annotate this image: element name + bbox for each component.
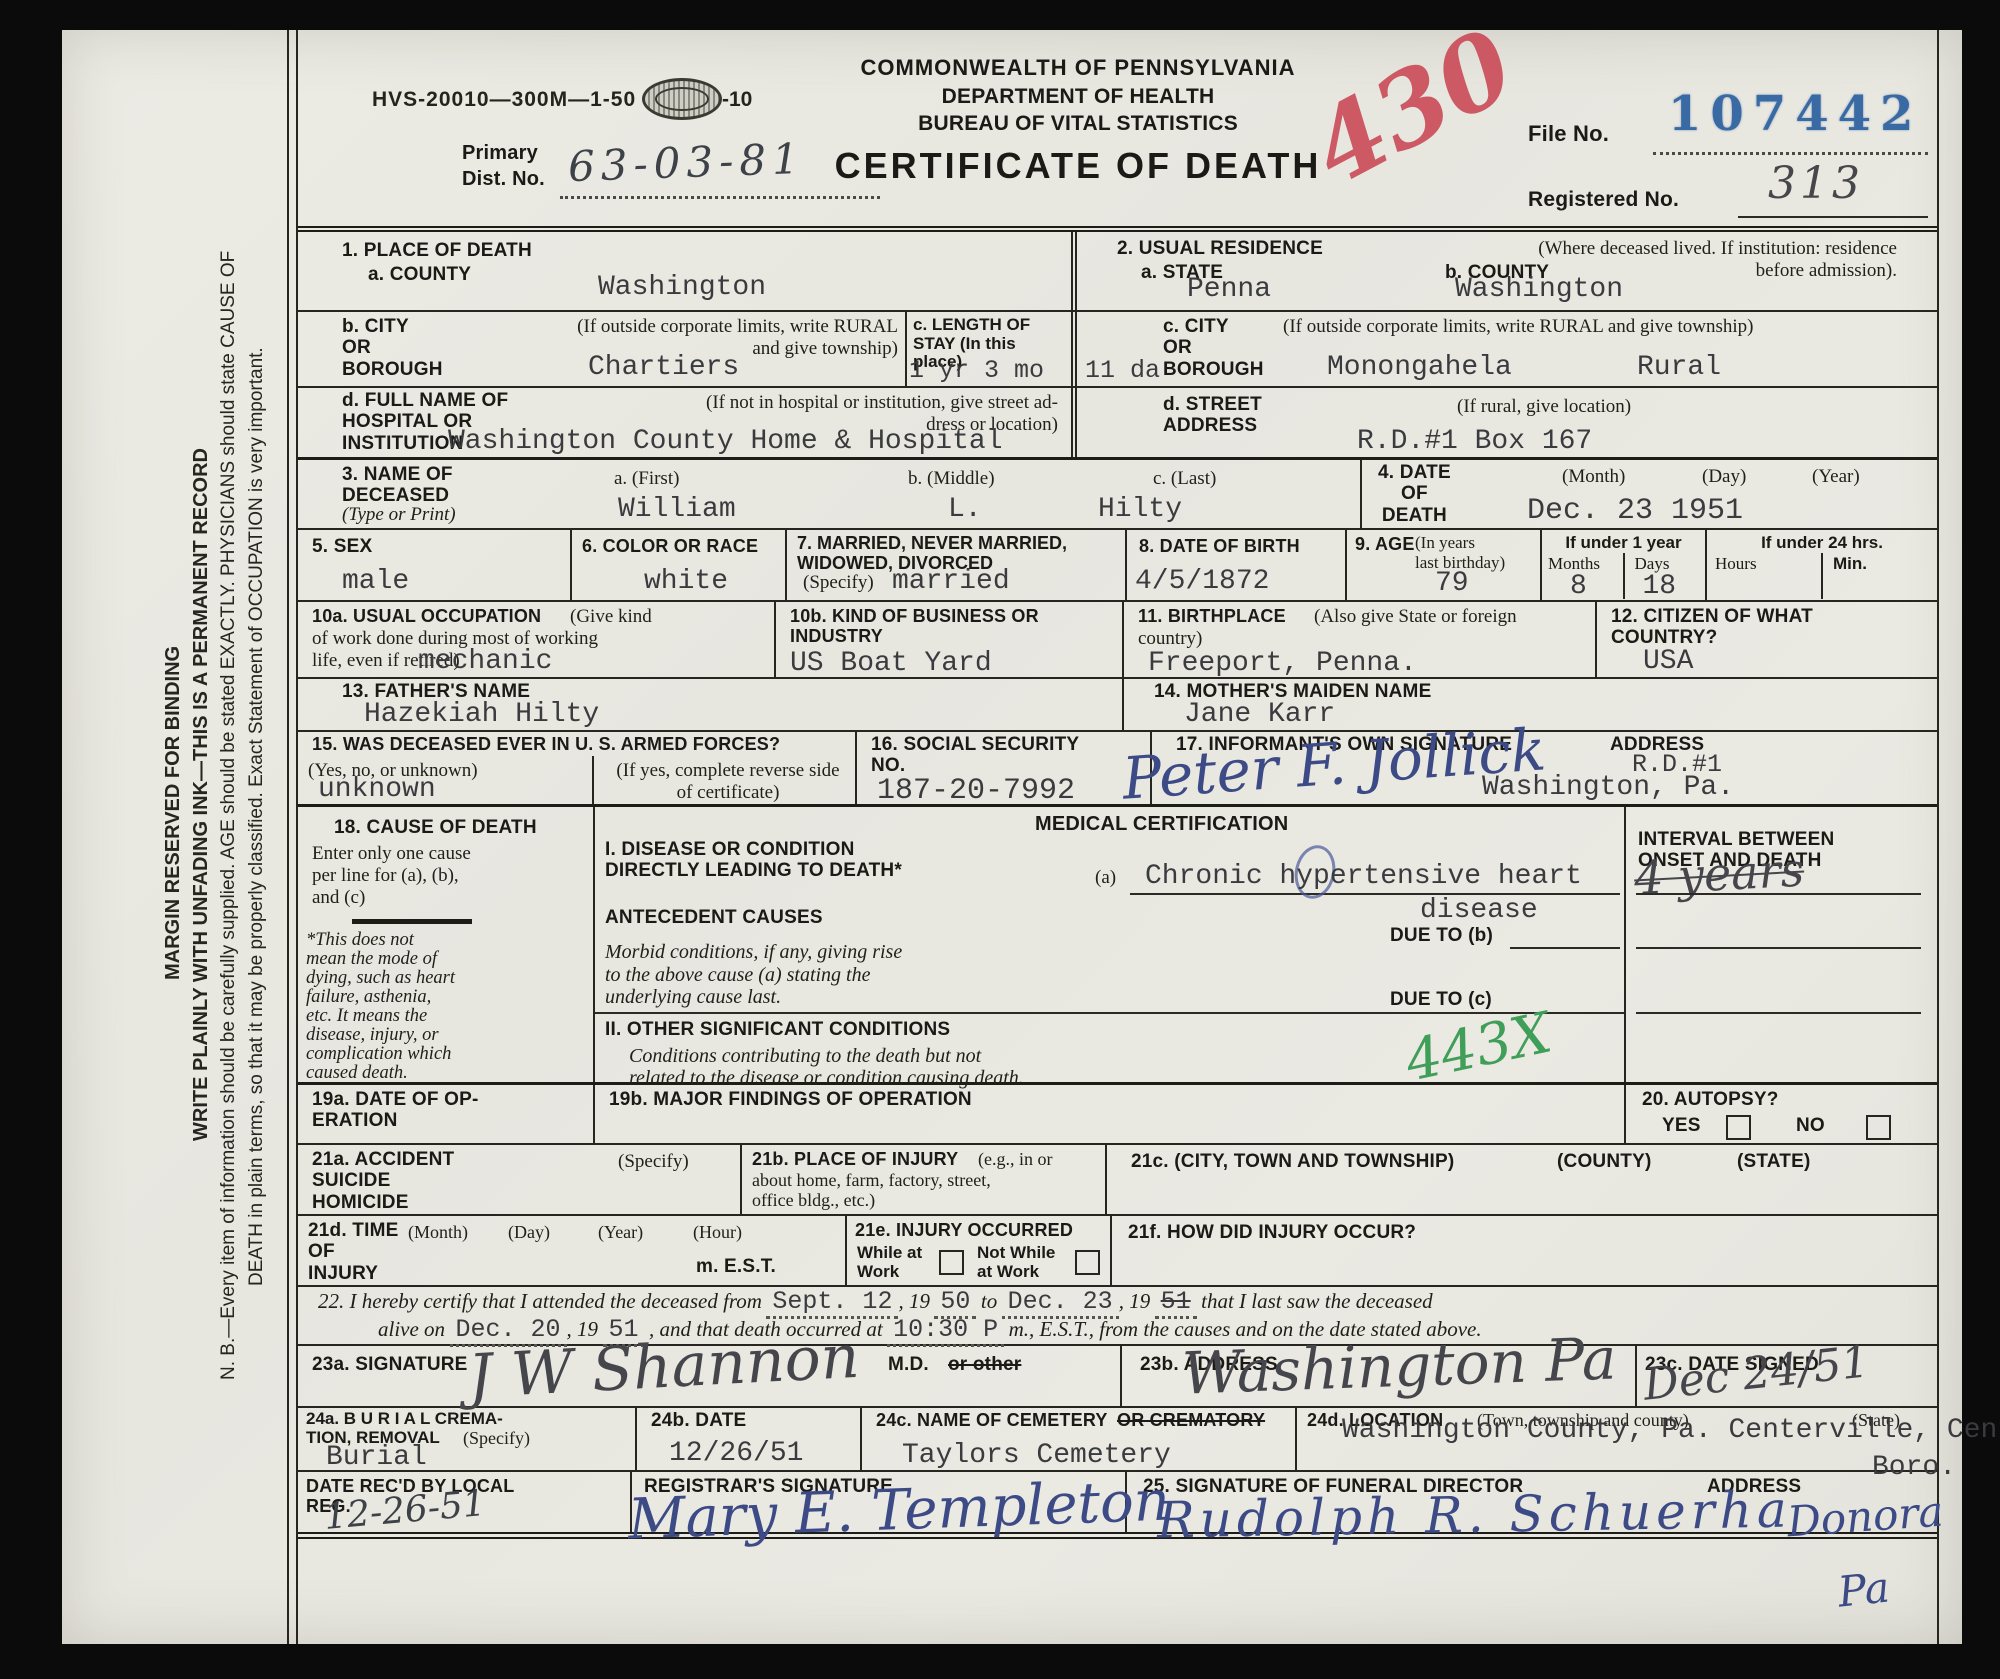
row-burial: 24a. B U R I A L CREMA- TION, REMOVAL (S… xyxy=(298,1408,1937,1472)
injury-c-label: 21c. (CITY, TOWN AND TOWNSHIP) xyxy=(1131,1151,1454,1172)
margin-note-nb1: N. B.—Every item of information should b… xyxy=(218,115,240,1515)
birth-date-label: 8. DATE OF BIRTH xyxy=(1139,536,1300,556)
under-24hrs-label: If under 24 hrs. xyxy=(1707,530,1937,553)
armed-forces-label: 15. WAS DECEASED EVER IN U. S. ARMED FOR… xyxy=(312,734,780,754)
row-sex-age: 5. SEX male 6. COLOR OR RACE white 7. MA… xyxy=(298,530,1937,602)
autopsy-no-checkbox xyxy=(1866,1115,1891,1140)
other-conditions-note: Conditions contributing to the death but… xyxy=(629,1045,1024,1090)
autopsy-yes-checkbox xyxy=(1726,1115,1751,1140)
autopsy-label: 20. AUTOPSY? xyxy=(1642,1089,1779,1110)
injury-e-work-checkbox xyxy=(939,1250,964,1275)
occupation-value: mechanic xyxy=(418,646,552,677)
burial-date-label: 24b. DATE xyxy=(651,1410,746,1431)
injury-c-county-label: (COUNTY) xyxy=(1557,1151,1651,1172)
injury-b-paren: (e.g., in or about home, farm, factory, … xyxy=(752,1149,1097,1211)
funeral-address-value-2: Pa xyxy=(1836,1562,1892,1616)
location-value-boro: Boro. xyxy=(1872,1452,1956,1483)
residence-city-rural: Rural xyxy=(1637,352,1721,383)
autopsy-yes-label: YES xyxy=(1662,1115,1701,1136)
place-city-label: b. CITY OR BOROUGH xyxy=(342,316,443,380)
due-to-b-label: DUE TO (b) xyxy=(1390,925,1493,946)
father-value: Hazekiah Hilty xyxy=(364,699,599,730)
death-date-day-label: (Day) xyxy=(1702,466,1746,488)
residence-city-paren: (If outside corporate limits, write RURA… xyxy=(1283,316,1754,338)
birthplace-paren: (Also give State or foreign country) xyxy=(1138,606,1578,650)
hours-label: Hours xyxy=(1715,555,1757,574)
residence-state-value: Penna xyxy=(1187,274,1271,305)
interval-line-2 xyxy=(1636,947,1921,949)
row-occupation: 10a. USUAL OCCUPATION (Give kind of work… xyxy=(298,602,1937,679)
residence-county-value: Washington xyxy=(1455,274,1623,305)
place-city-value: Chartiers xyxy=(588,352,739,383)
autopsy-no-label: NO xyxy=(1796,1115,1825,1136)
death-date-month-label: (Month) xyxy=(1562,466,1625,488)
interval-line-1 xyxy=(1636,893,1921,895)
injury-e-notwork-label: Not While at Work xyxy=(977,1244,1055,1281)
row-place-residence: 1. PLACE OF DEATH a. COUNTY Washington 2… xyxy=(298,232,1937,312)
injury-c-state-label: (STATE) xyxy=(1737,1151,1811,1172)
cause-a-value: Chronic hypertensive heart xyxy=(1145,861,1582,892)
name-middle-value: L. xyxy=(948,494,982,525)
location-value: Washington County, Pa. Centerville, Cent… xyxy=(1342,1416,2000,1447)
margin-note-binding: MARGIN RESERVED FOR BINDING xyxy=(162,570,185,1055)
due-to-c-label: DUE TO (c) xyxy=(1390,989,1492,1010)
citizen-value: USA xyxy=(1643,646,1693,677)
injury-f-label: 21f. HOW DID INJURY OCCUR? xyxy=(1128,1222,1416,1243)
file-no-stamp: 107442 xyxy=(1668,86,1922,142)
signature-label: 23a. SIGNATURE xyxy=(312,1354,468,1375)
row-injury-abc: 21a. ACCIDENT SUICIDE HOMICIDE (Specify)… xyxy=(298,1145,1937,1216)
race-label: 6. COLOR OR RACE xyxy=(582,536,758,556)
age-paren: (In years last birthday) xyxy=(1415,533,1505,572)
row-hospital-street: d. FULL NAME OF HOSPITAL OR INSTITUTION … xyxy=(298,388,1937,460)
birthplace-value: Freeport, Penna. xyxy=(1148,648,1417,679)
due-to-b-line xyxy=(1510,947,1620,949)
street-address-paren: (If rural, give location) xyxy=(1457,396,1631,418)
place-of-death-title: 1. PLACE OF DEATH xyxy=(342,240,532,261)
form-code: HVS-20010—300M—1-50 xyxy=(372,88,636,112)
injury-d-mest: m. E.S.T. xyxy=(696,1256,776,1277)
funeral-address-value: Donora xyxy=(1785,1487,1944,1547)
injury-a-specify: (Specify) xyxy=(618,1151,689,1173)
hospital-value: Washington County Home & Hospital xyxy=(448,426,1003,457)
injury-e-label: 21e. INJURY OCCURRED xyxy=(855,1220,1073,1240)
interval-value: 4 years xyxy=(1633,843,1806,906)
injury-a-label: 21a. ACCIDENT SUICIDE HOMICIDE xyxy=(312,1149,454,1213)
mother-value: Jane Karr xyxy=(1184,699,1335,730)
residence-city-value: Monongahela xyxy=(1327,352,1512,383)
cause-a-value2: disease xyxy=(1420,895,1538,926)
row-name-deathdate: 3. NAME OF DECEASED (Type or Print) a. (… xyxy=(298,460,1937,530)
burial-value: Burial xyxy=(326,1442,427,1473)
street-address-label: d. STREET ADDRESS xyxy=(1163,394,1262,437)
cause-note1: Enter only one cause per line for (a), (… xyxy=(312,843,471,909)
significant-divider-line xyxy=(595,1012,1624,1014)
date-signed-value: Dec 24/51 xyxy=(1641,1336,1872,1410)
row-certification: 22. I hereby certify that I attended the… xyxy=(298,1287,1937,1346)
cause-i-label: I. DISEASE OR CONDITION DIRECTLY LEADING… xyxy=(605,839,902,882)
md-label: M.D. xyxy=(888,1354,929,1375)
certify-t3: to xyxy=(981,1289,997,1313)
funeral-director-signature: Rudolph R. Schuerha xyxy=(1157,1480,1793,1549)
certify-t4: , 19 xyxy=(1119,1289,1151,1313)
street-address-value: R.D.#1 Box 167 xyxy=(1357,426,1592,457)
form-tail: Pa xyxy=(298,1539,1937,1644)
name-middle-label: b. (Middle) xyxy=(908,468,995,490)
death-date-title: 4. DATE OF DEATH xyxy=(1378,462,1451,526)
certify-t1: 22. I hereby certify that I attended the… xyxy=(318,1289,762,1313)
days-value: 18 xyxy=(1643,571,1677,602)
death-date-value: Dec. 23 1951 xyxy=(1527,494,1743,528)
forces-paren2: (If yes, complete reverse side of certif… xyxy=(604,760,852,804)
row-parents: 13. FATHER'S NAME Hazekiah Hilty 14. MOT… xyxy=(298,679,1937,732)
row-operation-autopsy: 19a. DATE OF OP- ERATION 19b. MAJOR FIND… xyxy=(298,1085,1937,1145)
certify-t5: that I last saw the deceased xyxy=(1201,1289,1433,1313)
place-county-value: Washington xyxy=(598,272,766,303)
name-last-label: c. (Last) xyxy=(1153,468,1216,490)
name-first-label: a. (First) xyxy=(614,468,679,490)
ssn-label: 16. SOCIAL SECURITY NO. xyxy=(871,734,1079,777)
citizen-label: 12. CITIZEN OF WHAT COUNTRY? xyxy=(1611,606,1813,649)
primary-label: Primary xyxy=(462,142,538,164)
org-commonwealth: COMMONWEALTH OF PENNSYLVANIA xyxy=(718,56,1438,81)
death-certificate-form: HVS-20010—300M—1-50 -10 Primary Dist. No… xyxy=(296,30,1939,1644)
sex-label: 5. SEX xyxy=(312,536,372,557)
injury-d-month: (Month) xyxy=(408,1222,468,1243)
file-no-label: File No. xyxy=(1528,122,1609,147)
dist-no-label: Dist. No. xyxy=(462,168,545,190)
industry-label: 10b. KIND OF BUSINESS OR INDUSTRY xyxy=(790,606,1039,646)
injury-d-hour: (Hour) xyxy=(693,1222,742,1243)
row-physician: 23a. SIGNATURE M.D. or other J W Shannon… xyxy=(298,1346,1937,1408)
injury-e-work-label: While at Work xyxy=(857,1244,922,1281)
margin-note-ink: WRITE PLAINLY WITH UNFADING INK—THIS IS … xyxy=(190,350,213,1240)
marital-value: married xyxy=(892,566,1010,597)
length-of-stay-days: 11 da xyxy=(1085,356,1160,385)
file-no-line xyxy=(1653,152,1928,155)
min-label: Min. xyxy=(1833,555,1867,574)
cause-note-rule xyxy=(352,919,472,924)
burial-specify: (Specify) xyxy=(463,1428,530,1449)
name-title-paren: (Type or Print) xyxy=(342,504,456,525)
cause-a-line xyxy=(1130,893,1620,895)
sex-value: male xyxy=(342,566,409,597)
certificate-scan: MARGIN RESERVED FOR BINDING WRITE PLAINL… xyxy=(62,30,1962,1644)
printer-union-seal-icon xyxy=(642,78,722,120)
cemetery-label-struck: OR CREMATORY xyxy=(1117,1410,1265,1430)
registered-no-value: 313 xyxy=(1768,158,1864,209)
residence-city-label: c. CITY OR BOROUGH xyxy=(1163,316,1264,380)
cemetery-value: Taylors Cemetery xyxy=(902,1440,1171,1471)
place-county-label: a. COUNTY xyxy=(368,264,471,285)
registered-no-line xyxy=(1738,216,1928,218)
header: HVS-20010—300M—1-50 -10 Primary Dist. No… xyxy=(298,30,1937,232)
name-last-value: Hilty xyxy=(1098,494,1182,525)
race-value: white xyxy=(644,566,728,597)
morbid-note: Morbid conditions, if any, giving rise t… xyxy=(605,941,902,1009)
injury-d-day: (Day) xyxy=(508,1222,550,1243)
months-value: 8 xyxy=(1570,571,1587,602)
age-value: 79 xyxy=(1435,568,1469,599)
certify-t2: , 19 xyxy=(898,1289,930,1313)
operation-findings-label: 19b. MAJOR FINDINGS OF OPERATION xyxy=(609,1089,972,1110)
injury-e-notwork-checkbox xyxy=(1075,1250,1100,1275)
forces-divider xyxy=(592,756,594,805)
row-forces-ssn-informant: 15. WAS DECEASED EVER IN U. S. ARMED FOR… xyxy=(298,732,1937,807)
row-injury-def: 21d. TIME OF INJURY (Month) (Day) (Year)… xyxy=(298,1216,1937,1287)
ssn-value: 187-20-7992 xyxy=(877,774,1075,808)
cause-title: 18. CAUSE OF DEATH xyxy=(334,817,537,838)
row-registrar: DATE REC'D BY LOCAL REG. 12-26-51 REGIST… xyxy=(298,1472,1937,1539)
burial-date-value: 12/26/51 xyxy=(669,1438,803,1469)
cemetery-label: 24c. NAME OF CEMETERY xyxy=(876,1410,1108,1430)
medical-certification-title: MEDICAL CERTIFICATION xyxy=(1035,813,1288,835)
under-1-year-label: If under 1 year xyxy=(1542,530,1705,553)
name-title: 3. NAME OF DECEASED xyxy=(342,464,453,507)
or-other-label: or other xyxy=(948,1354,1021,1375)
physician-address-value: Washington Pa xyxy=(1181,1324,1617,1407)
death-date-year-label: (Year) xyxy=(1812,466,1860,488)
dist-no-line xyxy=(560,196,880,199)
length-of-stay-value: 1 yr 3 mo xyxy=(909,356,1044,385)
registered-no-label: Registered No. xyxy=(1528,188,1679,212)
antecedent-label: ANTECEDENT CAUSES xyxy=(605,907,823,928)
interval-line-3 xyxy=(1636,1012,1921,1014)
injury-d-year: (Year) xyxy=(598,1222,643,1243)
green-code-mark: 443X xyxy=(1400,1000,1557,1094)
forces-value: unknown xyxy=(318,774,436,805)
certify-t6: alive on xyxy=(378,1317,445,1341)
section-cause-of-death: 18. CAUSE OF DEATH Enter only one cause … xyxy=(298,807,1937,1085)
marital-specify-label: (Specify) xyxy=(803,572,874,594)
row-city-stay: b. CITY OR BOROUGH (If outside corporate… xyxy=(298,312,1937,388)
operation-date-label: 19a. DATE OF OP- ERATION xyxy=(312,1089,479,1132)
other-conditions-label: II. OTHER SIGNIFICANT CONDITIONS xyxy=(605,1019,950,1040)
residence-title: 2. USUAL RESIDENCE xyxy=(1117,238,1323,259)
birth-date-value: 4/5/1872 xyxy=(1135,566,1269,597)
name-first-value: William xyxy=(618,494,736,525)
industry-value: US Boat Yard xyxy=(790,648,992,679)
cause-note2: *This does not mean the mode of dying, s… xyxy=(306,931,455,1083)
age-label: 9. AGE xyxy=(1355,534,1415,554)
injury-d-label: 21d. TIME OF INJURY xyxy=(308,1220,398,1284)
margin-note-nb2: DEATH in plain terms, so that it may be … xyxy=(246,102,268,1532)
certify-time: 10:30 P xyxy=(887,1315,1004,1347)
cause-a-label: (a) xyxy=(1095,867,1116,889)
